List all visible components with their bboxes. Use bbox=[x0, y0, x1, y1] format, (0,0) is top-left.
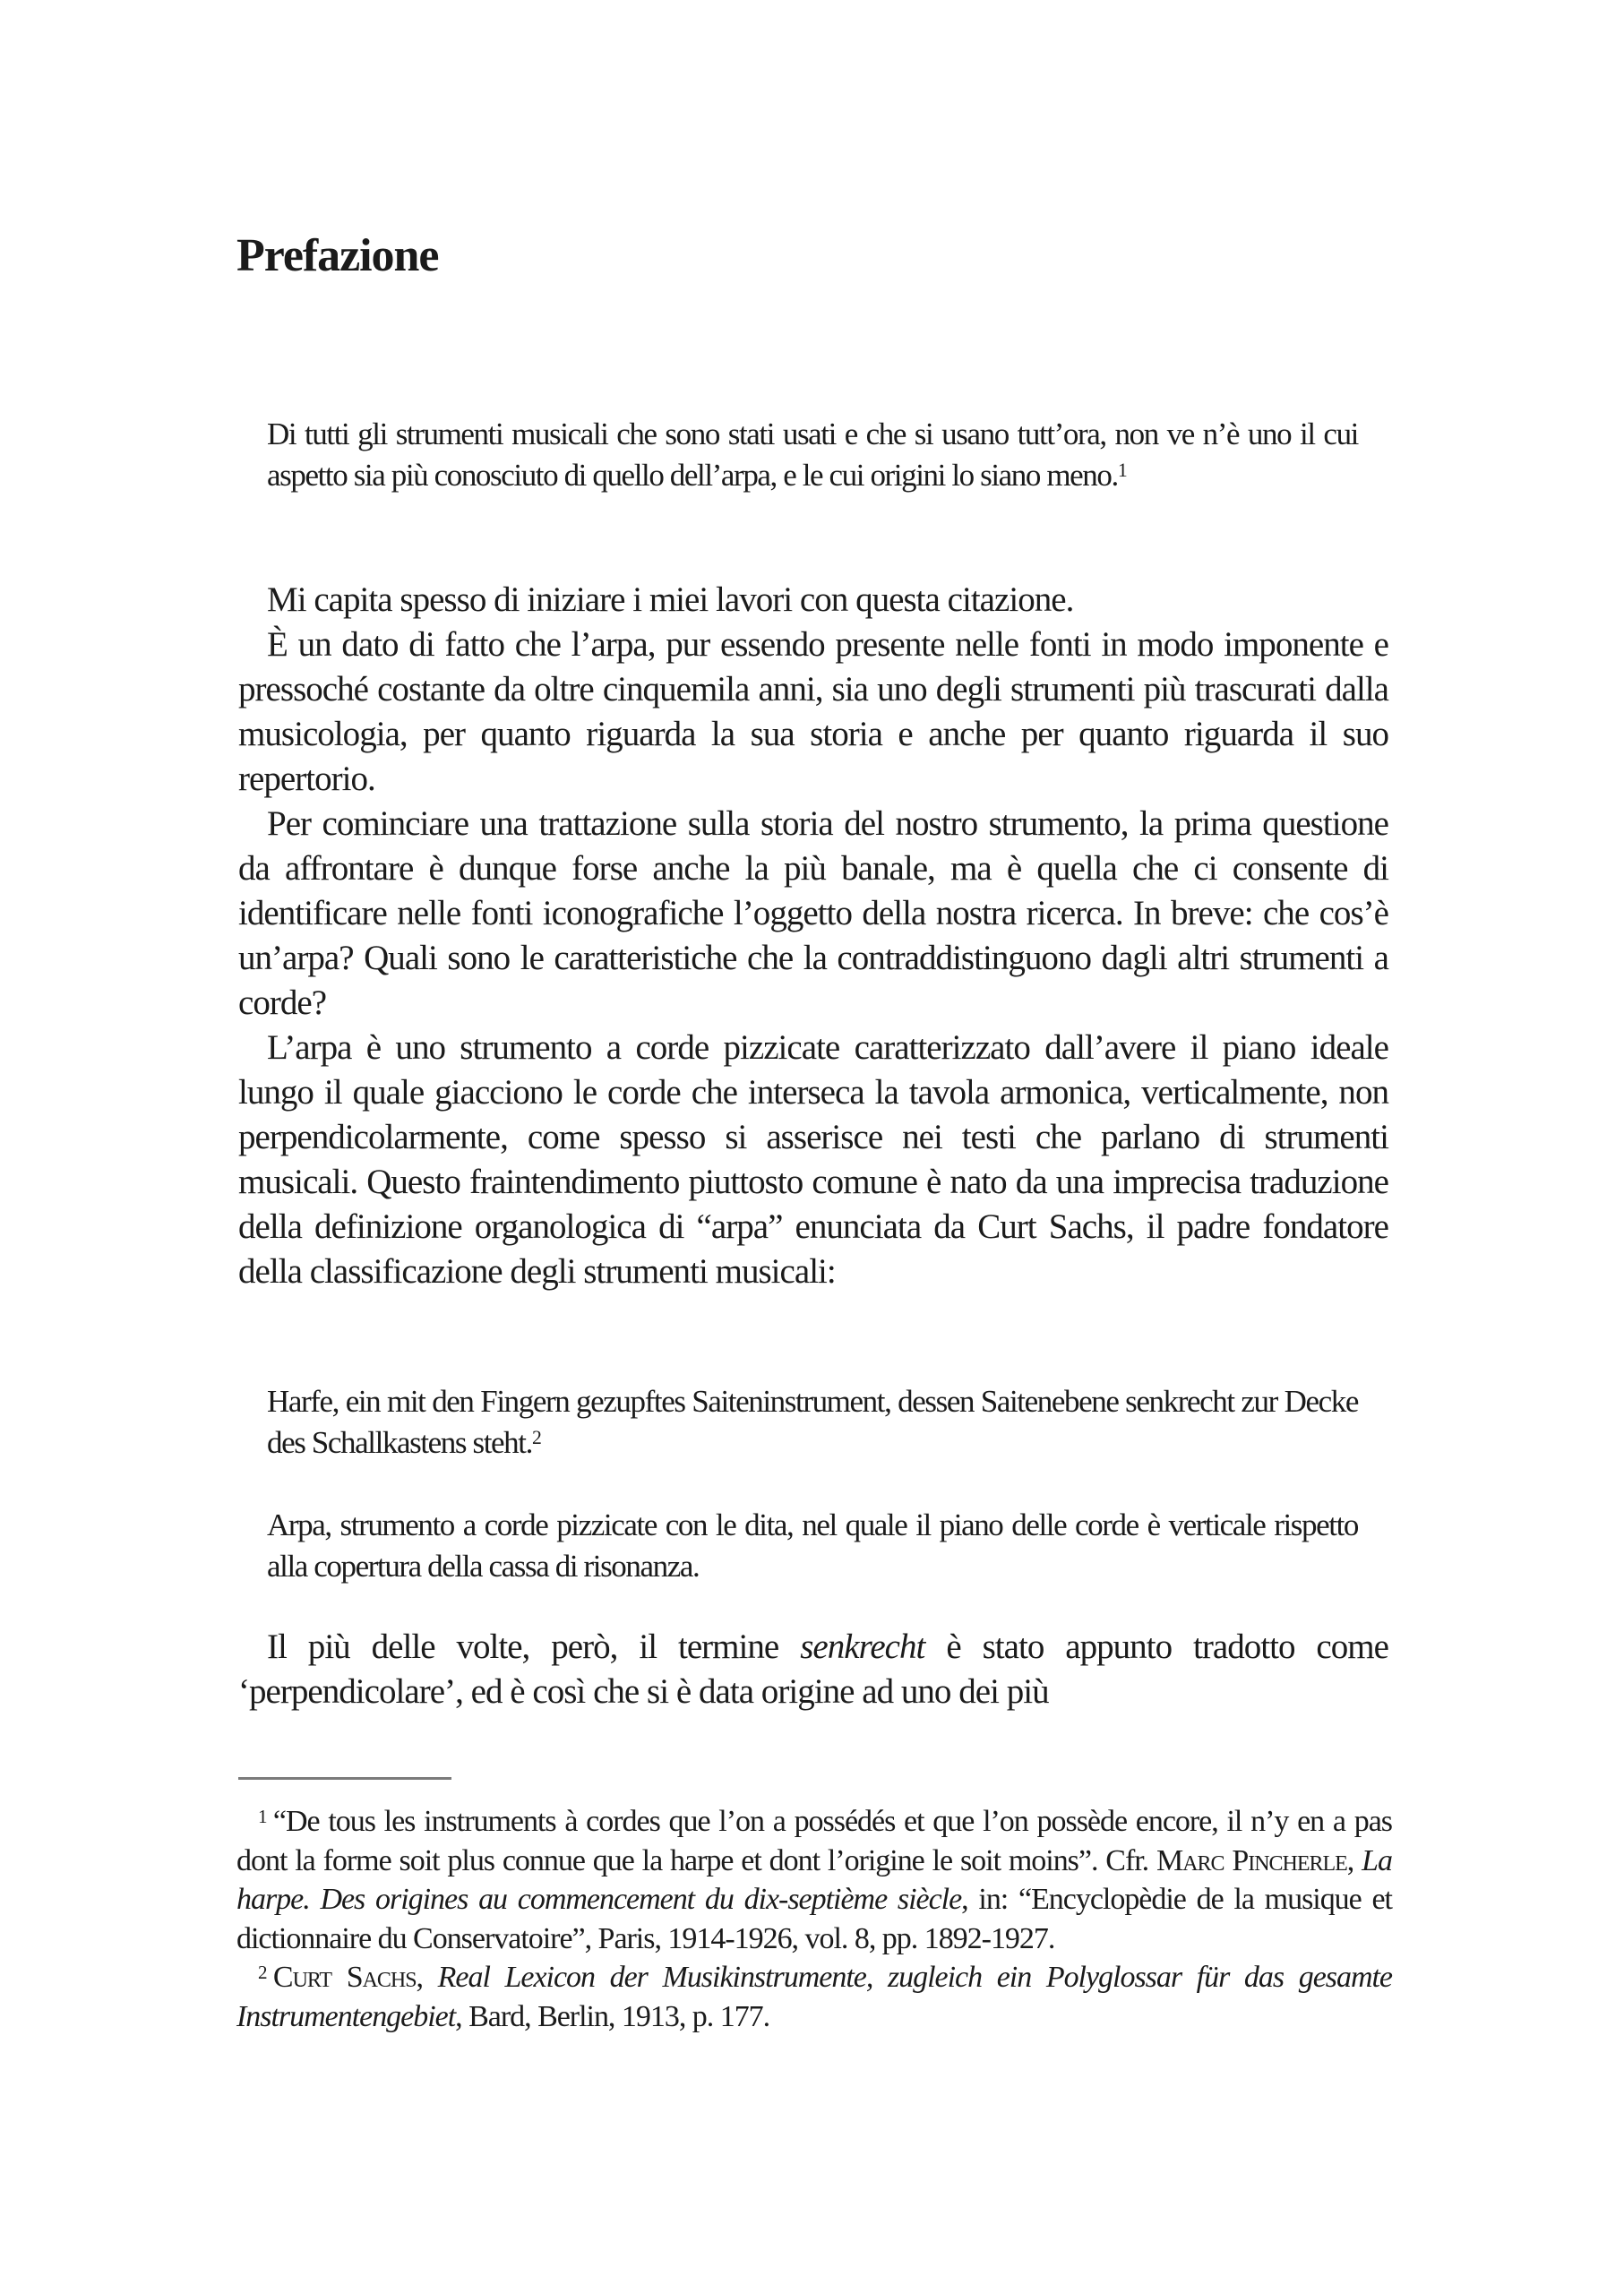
italian-quote-text: Arpa, strumento a corde pizzicate con le… bbox=[267, 1507, 1358, 1584]
paragraph-5-start: Il più delle volte, però, il termine bbox=[267, 1627, 800, 1666]
footnote-2-text-end: , Bard, Berlin, 1913, p. 177. bbox=[455, 2000, 769, 2033]
footnotes-section: 1“De tous les instruments à cordes que l… bbox=[236, 1802, 1392, 2036]
footnote-ref-2: 2 bbox=[532, 1427, 540, 1448]
footnote-ref-1: 1 bbox=[1118, 459, 1126, 481]
footnote-2-marker: 2 bbox=[258, 1962, 267, 1983]
footnote-1: 1“De tous les instruments à cordes que l… bbox=[236, 1802, 1392, 1958]
paragraph-2: È un dato di fatto che l’arpa, pur essen… bbox=[238, 623, 1388, 802]
german-definition-quote: Harfe, ein mit den Fingern gezupftes Sai… bbox=[267, 1381, 1358, 1464]
epigraph-quote: Di tutti gli strumenti musicali che sono… bbox=[267, 414, 1358, 496]
closing-paragraph: Il più delle volte, però, il termine sen… bbox=[238, 1625, 1388, 1714]
epigraph-text: Di tutti gli strumenti musicali che sono… bbox=[267, 417, 1358, 493]
footnote-1-separator: , bbox=[1347, 1844, 1362, 1877]
paragraph-5: Il più delle volte, però, il termine sen… bbox=[238, 1625, 1388, 1714]
main-text: Mi capita spesso di iniziare i miei lavo… bbox=[238, 578, 1388, 1294]
italian-translation-quote: Arpa, strumento a corde pizzicate con le… bbox=[267, 1505, 1358, 1587]
footnote-1-author: Marc Pincherle bbox=[1156, 1844, 1347, 1877]
german-quote-text: Harfe, ein mit den Fingern gezupftes Sai… bbox=[267, 1384, 1358, 1460]
page-title: Prefazione bbox=[236, 229, 438, 283]
footnote-2: 2Curt Sachs, Real Lexicon der Musikinstr… bbox=[236, 1958, 1392, 2036]
footnote-2-author: Curt Sachs bbox=[273, 1961, 417, 1994]
paragraph-3: Per cominciare una trattazione sulla sto… bbox=[238, 802, 1388, 1026]
footnote-2-separator: , bbox=[417, 1961, 438, 1994]
paragraph-5-italic-term: senkrecht bbox=[800, 1627, 924, 1666]
paragraph-1: Mi capita spesso di iniziare i miei lavo… bbox=[238, 578, 1388, 623]
book-page: Prefazione Di tutti gli strumenti musica… bbox=[0, 0, 1624, 2293]
footnote-separator-rule bbox=[238, 1777, 451, 1780]
paragraph-4: L’arpa è uno strumento a corde pizzicate… bbox=[238, 1026, 1388, 1294]
footnote-1-marker: 1 bbox=[258, 1806, 267, 1827]
